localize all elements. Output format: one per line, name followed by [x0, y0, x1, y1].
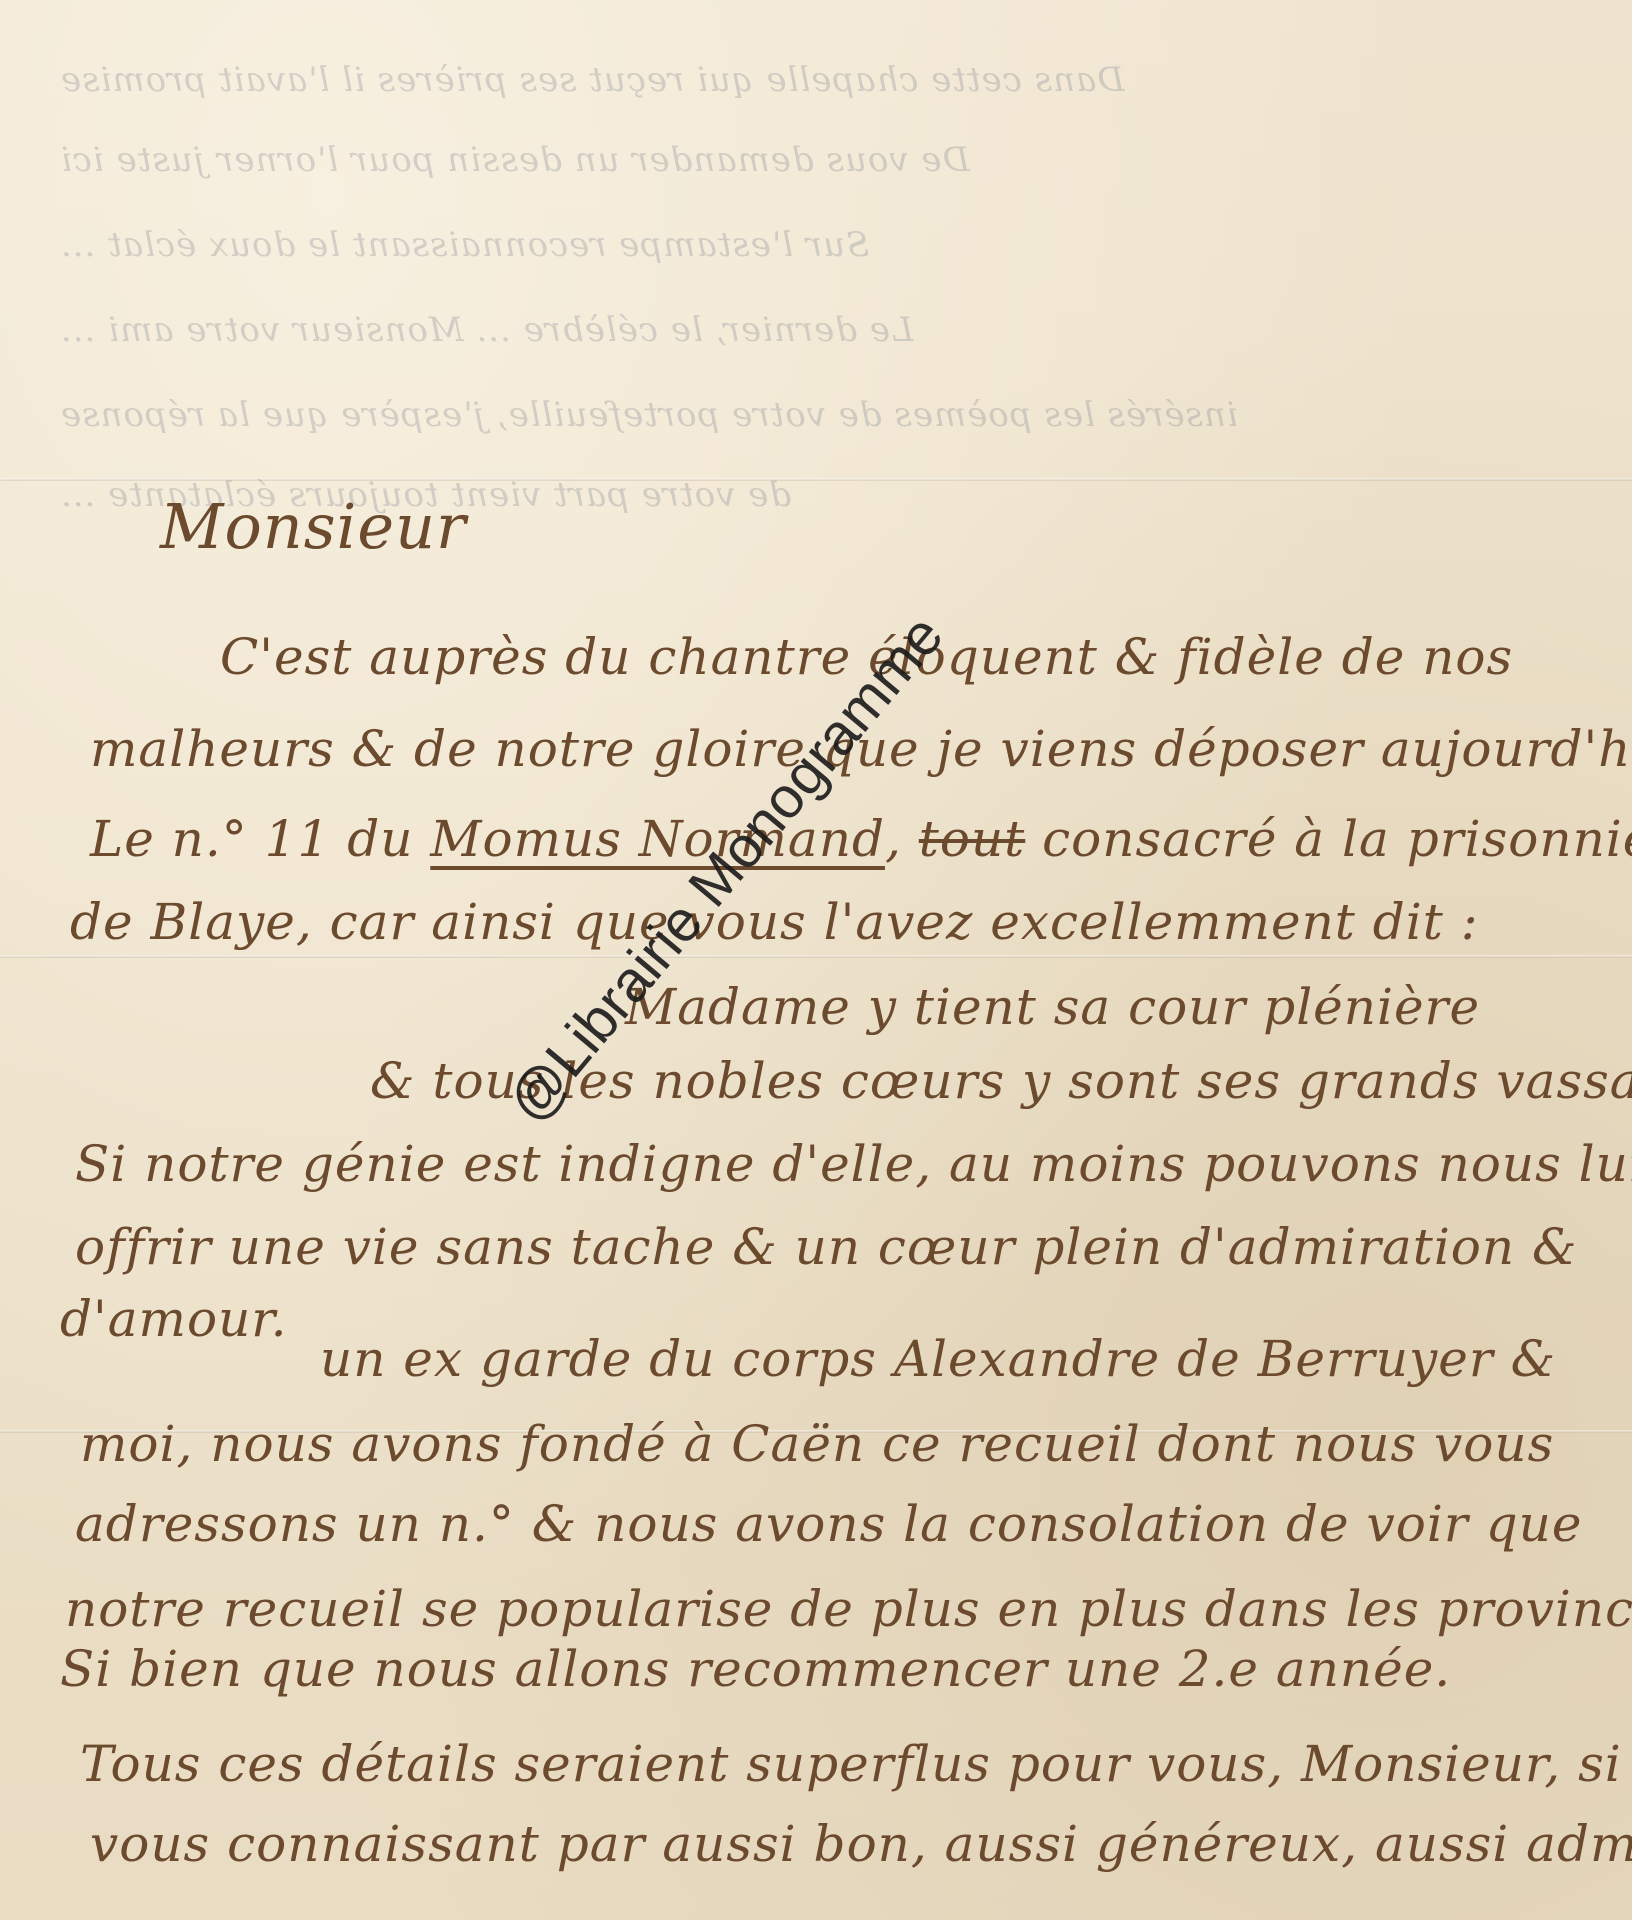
letter-line: offrir une vie sans tache & un cœur plei… [75, 1218, 1578, 1276]
bleed-through-text: Sur l'estampe reconnaissant le doux écla… [0, 225, 1632, 265]
letter-line: Si bien que nous allons recommencer une … [60, 1640, 1451, 1698]
salutation: Monsieur [160, 490, 467, 563]
letter-line: Le n.° 11 du Momus Normand, tout consacr… [90, 810, 1632, 868]
journal-title: Momus Normand [430, 810, 885, 868]
letter-line: adressons un n.° & nous avons la consola… [75, 1495, 1582, 1553]
bleed-through-text: insérés les poèmes de votre portefeuille… [0, 395, 1632, 435]
verse-line: Madame y tient sa cour plénière [625, 978, 1480, 1036]
letter-line: notre recueil se popularise de plus en p… [65, 1580, 1632, 1638]
struck-word: tout [919, 810, 1026, 868]
letter-text: , [885, 810, 919, 868]
bleed-through-text: De vous demander un dessin pour l'orner … [0, 140, 1632, 180]
letter-text: Le n.° 11 du [90, 810, 430, 868]
letter-line: vous connaissant par aussi bon, aussi gé… [90, 1815, 1632, 1873]
paper-fold-line [0, 955, 1632, 958]
letter-text: consacré à la prisonnière [1025, 810, 1632, 868]
letter-line: un ex garde du corps Alexandre de Berruy… [320, 1330, 1556, 1388]
letter-line: moi, nous avons fondé à Caën ce recueil … [80, 1415, 1554, 1473]
letter-line: de Blaye, car ainsi que vous l'avez exce… [70, 893, 1479, 951]
letter-line: d'amour. [60, 1290, 288, 1348]
bleed-through-text: Le dernier, le célèbre ... Monsieur votr… [0, 310, 1632, 350]
letter-line: Si notre génie est indigne d'elle, au mo… [75, 1135, 1632, 1193]
letter-page: Dans cette chapelle qui reçut ses prière… [0, 0, 1632, 1920]
letter-line: Tous ces détails seraient superflus pour… [80, 1735, 1632, 1793]
bleed-through-text: Dans cette chapelle qui reçut ses prière… [0, 60, 1632, 100]
